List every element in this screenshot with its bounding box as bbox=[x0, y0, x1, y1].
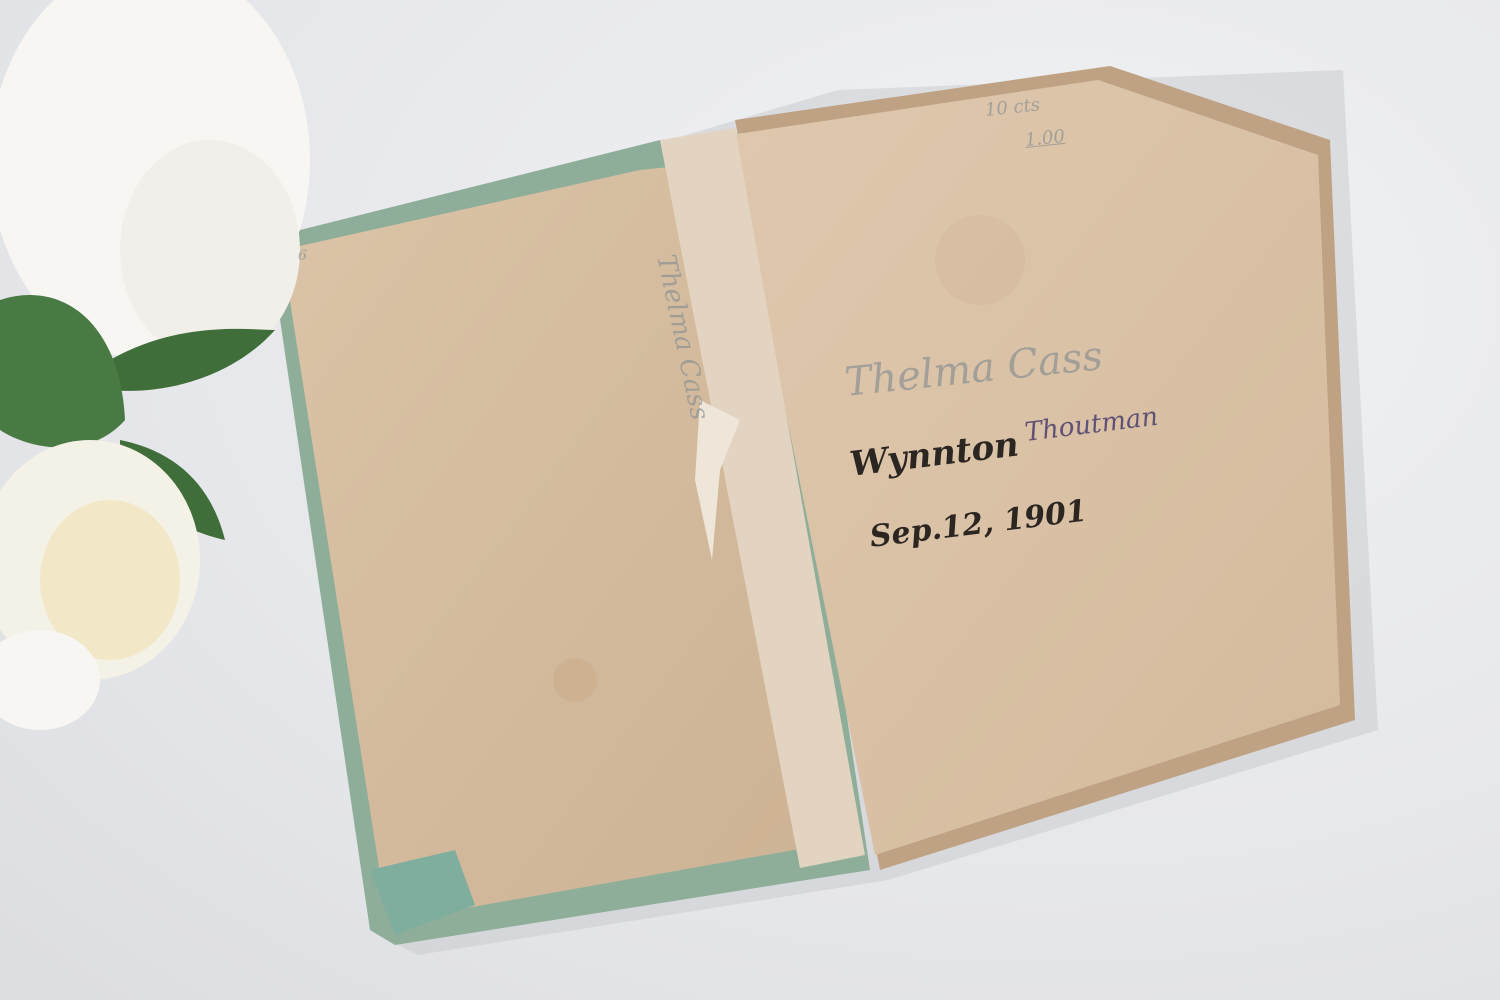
foxing-stain bbox=[553, 658, 597, 702]
foxing-stain bbox=[935, 215, 1025, 305]
price-note-bottom: 1.00 bbox=[1024, 126, 1066, 151]
book-illustration bbox=[0, 0, 1500, 1000]
peony-petal bbox=[120, 140, 300, 360]
left-page-number: 6 bbox=[298, 248, 307, 264]
